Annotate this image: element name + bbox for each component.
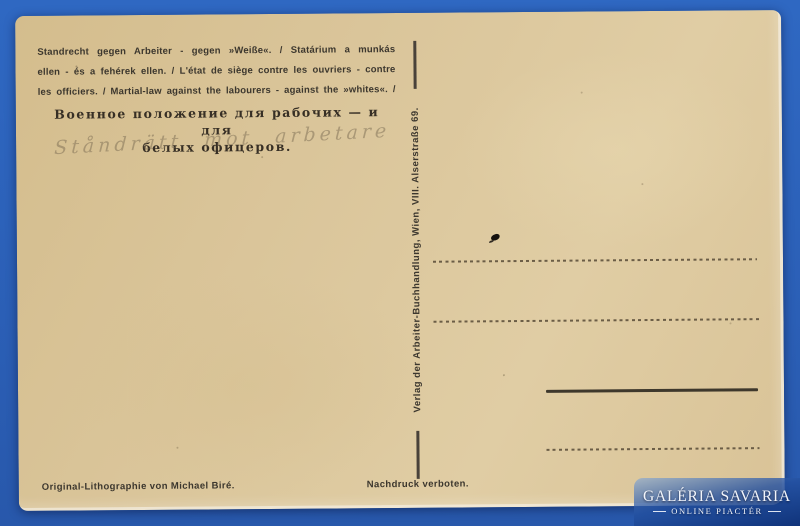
address-line-dotted-3 — [546, 447, 759, 451]
publisher-imprint-text: Verlag der Arbeiter-Buchhandlung, Wien, … — [410, 96, 424, 424]
caption-line-de-hu: Standrecht gegen Arbeiter - gegen »Weiße… — [37, 40, 395, 63]
watermark-rule-left — [653, 511, 666, 512]
caption-line-fr-en: les officiers. / Martial-law against the… — [38, 80, 396, 103]
copyright-notice: Nachdruck verboten. — [367, 478, 469, 490]
publisher-imprint-vertical: Verlag der Arbeiter-Buchhandlung, Wien, … — [406, 41, 426, 479]
address-line-dotted-1 — [433, 258, 757, 263]
imprint-rule-end — [414, 41, 417, 89]
imprint-rule-start — [417, 431, 420, 479]
address-line-dotted-2 — [433, 318, 760, 323]
watermark-title: GALÉRIA SAVARIA — [643, 488, 791, 505]
marketplace-watermark: GALÉRIA SAVARIA ONLINE PIACTÉR — [634, 478, 800, 526]
caption-line-hu-fr: ellen - és a fehérek ellen. / L'état de … — [37, 60, 395, 83]
watermark-rule-right — [768, 511, 781, 512]
address-line-solid — [546, 388, 758, 393]
watermark-subtitle-row: ONLINE PIACTÉR — [653, 506, 781, 516]
ink-blot — [490, 233, 500, 241]
paper-speckles — [75, 66, 77, 68]
postcard: Standrecht gegen Arbeiter - gegen »Weiße… — [15, 10, 785, 511]
scan-background: Standrecht gegen Arbeiter - gegen »Weiße… — [0, 0, 800, 526]
watermark-subtitle: ONLINE PIACTÉR — [671, 506, 763, 516]
lithography-credit: Original-Lithographie von Michael Biré. — [42, 480, 235, 493]
